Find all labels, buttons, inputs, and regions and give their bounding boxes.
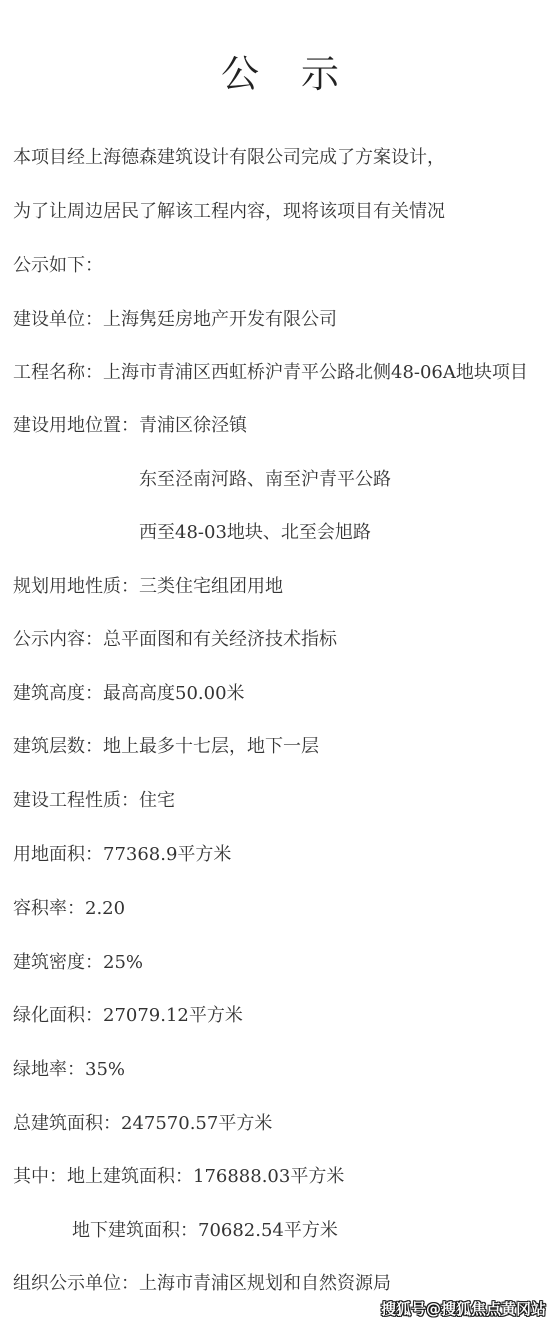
- green-area-line: 绿化面积：27079.12平方米: [13, 1004, 243, 1028]
- source-watermark: 搜狐号@搜狐焦点黄冈站: [381, 1298, 546, 1320]
- title-char-2: 示: [301, 50, 339, 98]
- site-location-line: 建设用地位置：青浦区徐泾镇: [13, 414, 247, 438]
- intro-line-2: 为了让周边居民了解该工程内容，现将该项目有关情况: [13, 200, 445, 224]
- land-use-line: 规划用地性质：三类住宅组团用地: [13, 575, 283, 599]
- page-title: 公示: [0, 50, 560, 98]
- building-density-line: 建筑密度：25%: [13, 951, 143, 975]
- boundary-west-north-line: 西至48-03地块、北至会旭路: [139, 521, 371, 545]
- developer-line: 建设单位：上海隽廷房地产开发有限公司: [13, 308, 337, 332]
- total-floor-area-line: 总建筑面积：247570.57平方米: [13, 1112, 272, 1136]
- plot-ratio-line: 容积率：2.20: [13, 897, 125, 921]
- intro-line-1: 本项目经上海德森建筑设计有限公司完成了方案设计，: [13, 146, 445, 170]
- building-height-line: 建筑高度：最高高度50.00米: [13, 682, 245, 706]
- building-floors-line: 建筑层数：地上最多十七层，地下一层: [13, 735, 319, 759]
- land-area-line: 用地面积：77368.9平方米: [13, 843, 231, 867]
- organizer-line: 组织公示单位：上海市青浦区规划和自然资源局: [13, 1272, 391, 1296]
- above-ground-area-line: 其中：地上建筑面积：176888.03平方米: [13, 1165, 344, 1189]
- project-name-line: 工程名称：上海市青浦区西虹桥沪青平公路北侧48-06A地块项目: [13, 361, 528, 385]
- project-nature-line: 建设工程性质：住宅: [13, 789, 175, 813]
- below-ground-area-line: 地下建筑面积：70682.54平方米: [72, 1219, 338, 1243]
- notice-content-line: 公示内容：总平面图和有关经济技术指标: [13, 628, 337, 652]
- title-char-1: 公: [221, 50, 259, 98]
- intro-line-3: 公示如下：: [13, 254, 103, 278]
- boundary-east-south-line: 东至泾南河路、南至沪青平公路: [139, 468, 391, 492]
- green-ratio-line: 绿地率：35%: [13, 1058, 125, 1082]
